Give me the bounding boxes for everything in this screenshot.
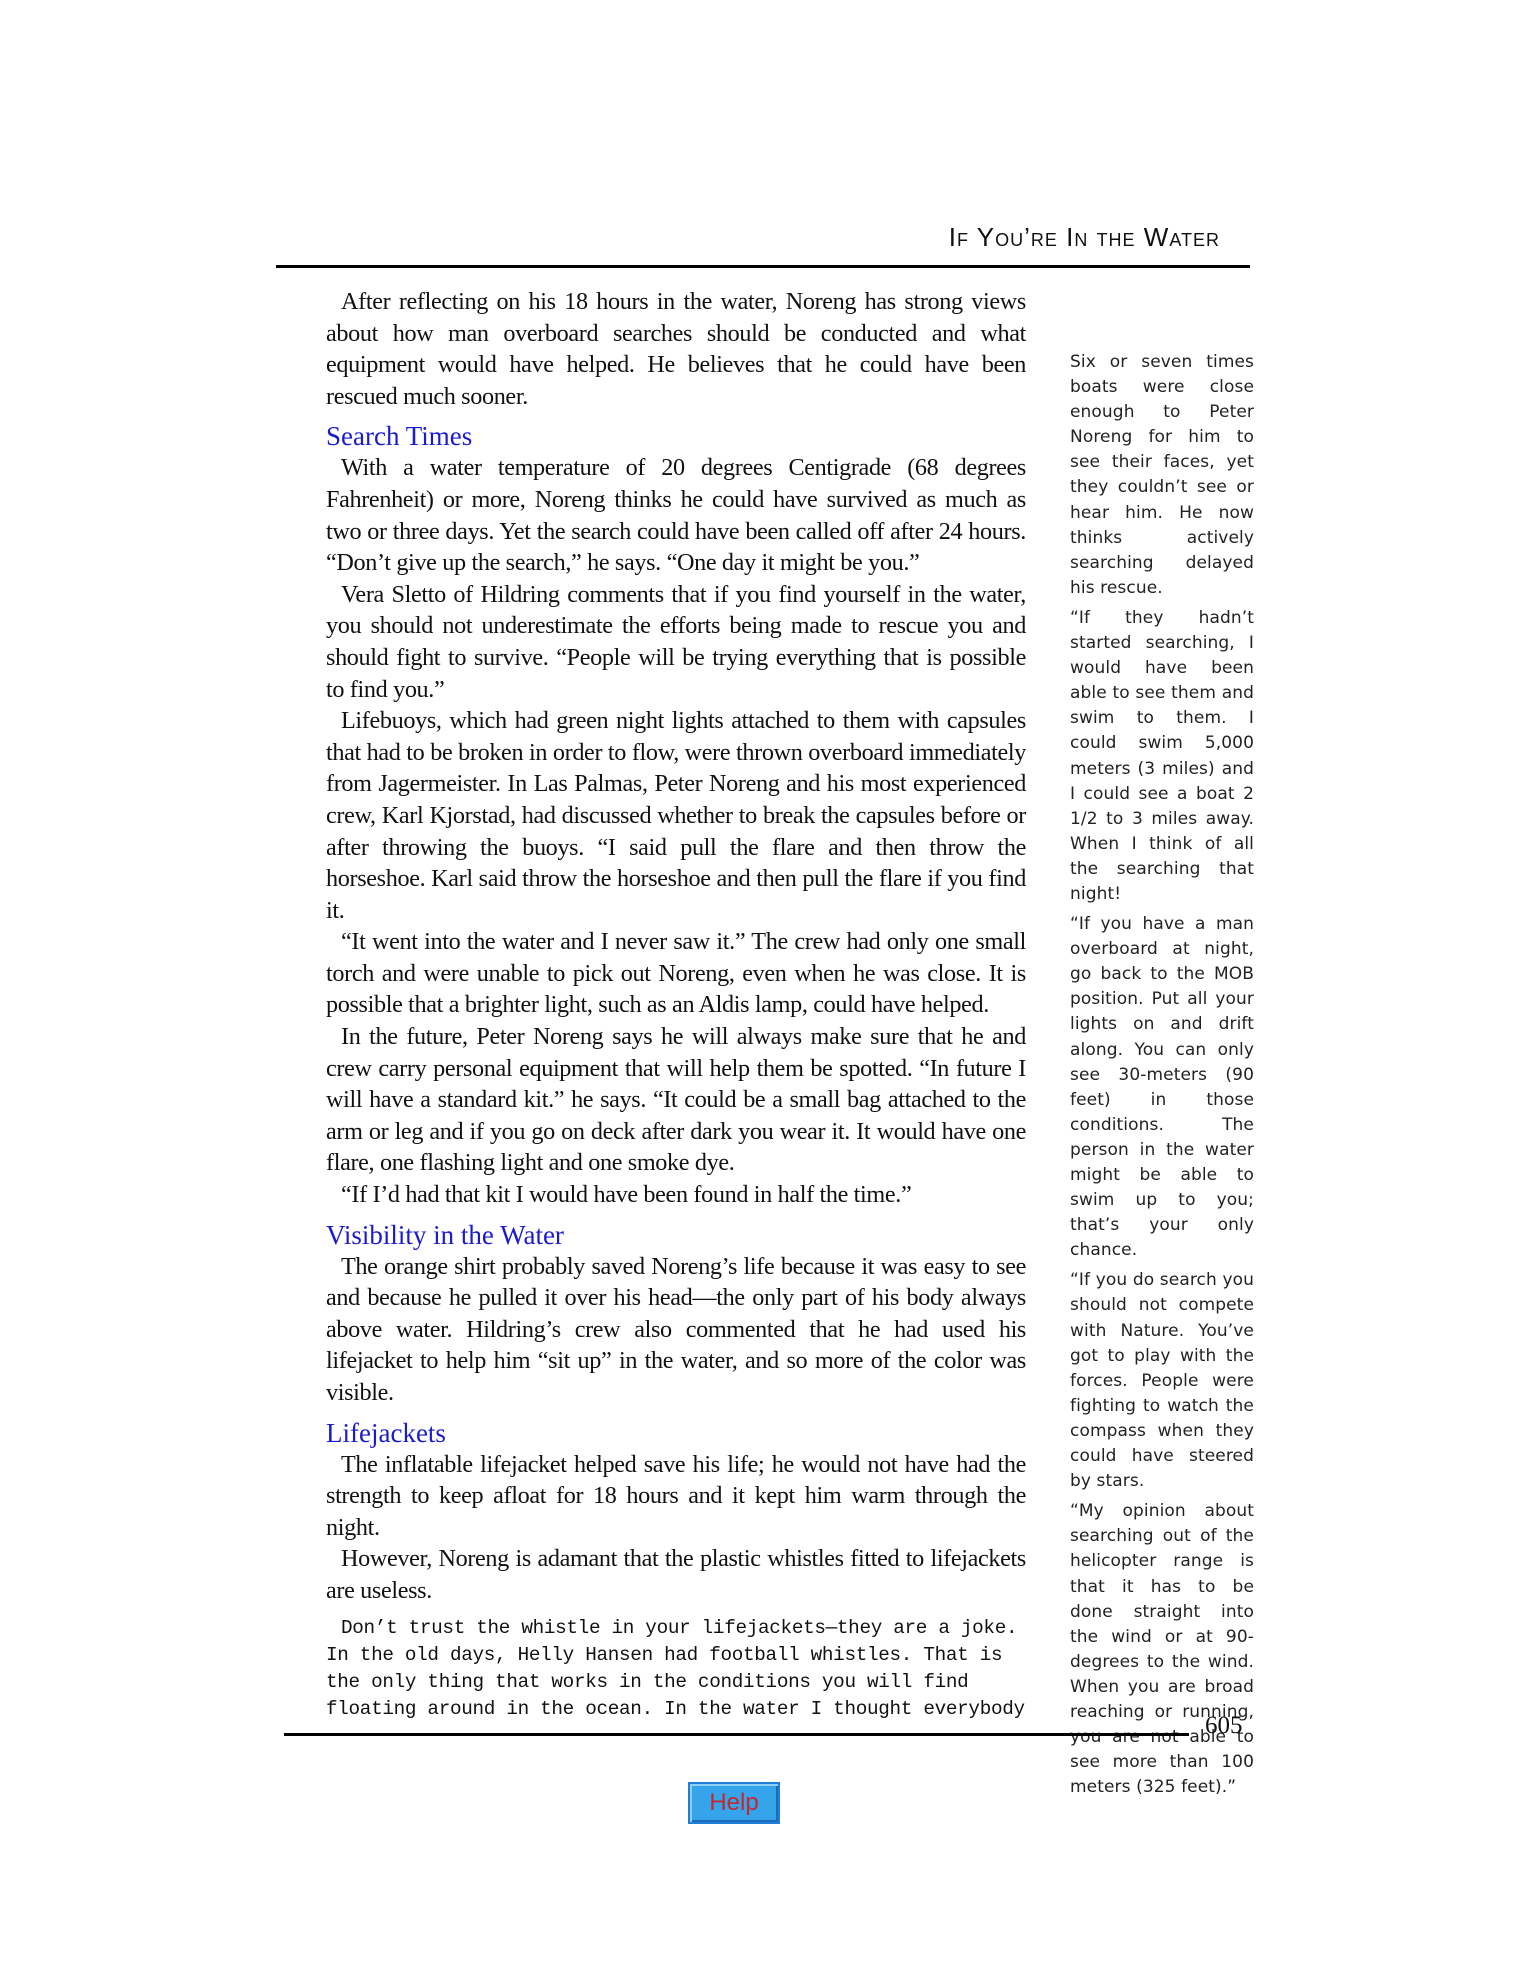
quote-block: Don’t trust the whistle in your lifejack… bbox=[326, 1615, 1026, 1723]
page-number: 605 bbox=[1205, 1712, 1243, 1740]
paragraph: Lifebuoys, which had green night lights … bbox=[326, 705, 1026, 926]
quote-line: the only thing that works in the conditi… bbox=[326, 1669, 1026, 1696]
section-heading-lifejackets: Lifejackets bbox=[326, 1417, 1026, 1449]
quote-line: floating around in the ocean. In the wat… bbox=[326, 1696, 1026, 1723]
main-column: After reflecting on his 18 hours in the … bbox=[326, 286, 1026, 1723]
paragraph: The orange shirt probably saved Noreng’s… bbox=[326, 1251, 1026, 1409]
header-rule bbox=[276, 265, 1250, 268]
paragraph: However, Noreng is adamant that the plas… bbox=[326, 1543, 1026, 1606]
sidebar-note: Six or seven times boats were close enou… bbox=[1070, 350, 1254, 601]
quote-line: Don’t trust the whistle in your lifejack… bbox=[326, 1615, 1026, 1642]
paragraph: With a water temperature of 20 degrees C… bbox=[326, 452, 1026, 578]
sidebar-note: “If they hadn’t started searching, I wou… bbox=[1070, 606, 1254, 907]
sidebar-note: “If you have a man overboard at night, g… bbox=[1070, 912, 1254, 1263]
paragraph: “If I’d had that kit I would have been f… bbox=[326, 1179, 1026, 1211]
section-heading-visibility: Visibility in the Water bbox=[326, 1219, 1026, 1251]
paragraph: The inflatable lifejacket helped save hi… bbox=[326, 1449, 1026, 1544]
paragraph: “It went into the water and I never saw … bbox=[326, 926, 1026, 1021]
quote-line: In the old days, Helly Hansen had footba… bbox=[326, 1642, 1026, 1669]
section-heading-search-times: Search Times bbox=[326, 420, 1026, 452]
paragraph: Vera Sletto of Hildring comments that if… bbox=[326, 579, 1026, 705]
paragraph: In the future, Peter Noreng says he will… bbox=[326, 1021, 1026, 1179]
footer-rule bbox=[284, 1733, 1189, 1736]
intro-paragraph: After reflecting on his 18 hours in the … bbox=[326, 286, 1026, 412]
running-head-title: If You’re In the Water bbox=[880, 222, 1220, 253]
sidebar-column: Six or seven times boats were close enou… bbox=[1070, 350, 1254, 1805]
sidebar-note: “If you do search you should not compete… bbox=[1070, 1268, 1254, 1494]
help-button[interactable]: Help bbox=[688, 1782, 780, 1824]
sidebar-note: “My opinion about searching out of the h… bbox=[1070, 1499, 1254, 1800]
